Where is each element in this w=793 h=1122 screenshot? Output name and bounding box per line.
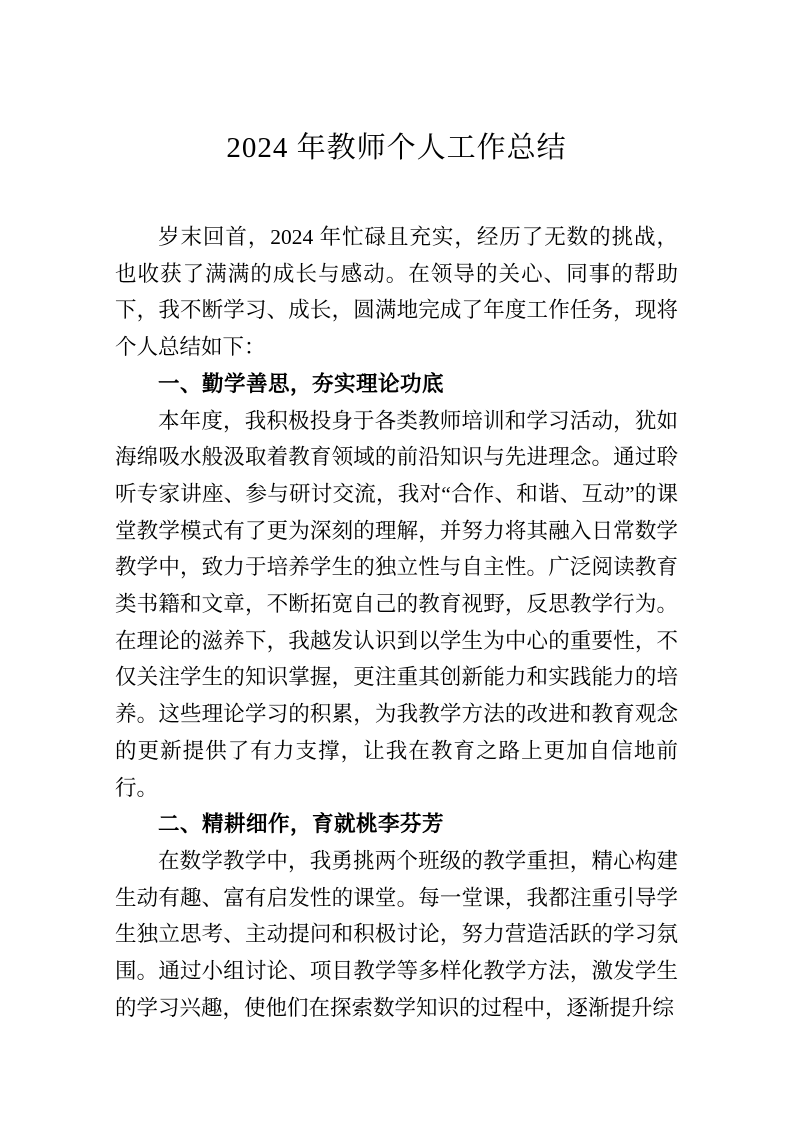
document-title: 2024 年教师个人工作总结 <box>115 124 678 172</box>
intro-paragraph: 岁末回首，2024 年忙碌且充实，经历了无数的挑战，也收获了满满的成长与感动。在… <box>115 219 678 366</box>
section-1-paragraph: 本年度，我积极投身于各类教师培训和学习活动，犹如海绵吸水般汲取着教育领域的前沿知… <box>115 403 678 807</box>
document-page: 2024 年教师个人工作总结 岁末回首，2024 年忙碌且充实，经历了无数的挑战… <box>0 0 793 1122</box>
section-1-heading: 一、勤学善思，夯实理论功底 <box>115 366 678 403</box>
section-2-heading: 二、精耕细作，育就桃李芬芳 <box>115 806 678 843</box>
section-2-paragraph: 在数学教学中，我勇挑两个班级的教学重担，精心构建生动有趣、富有启发性的课堂。每一… <box>115 843 678 1027</box>
